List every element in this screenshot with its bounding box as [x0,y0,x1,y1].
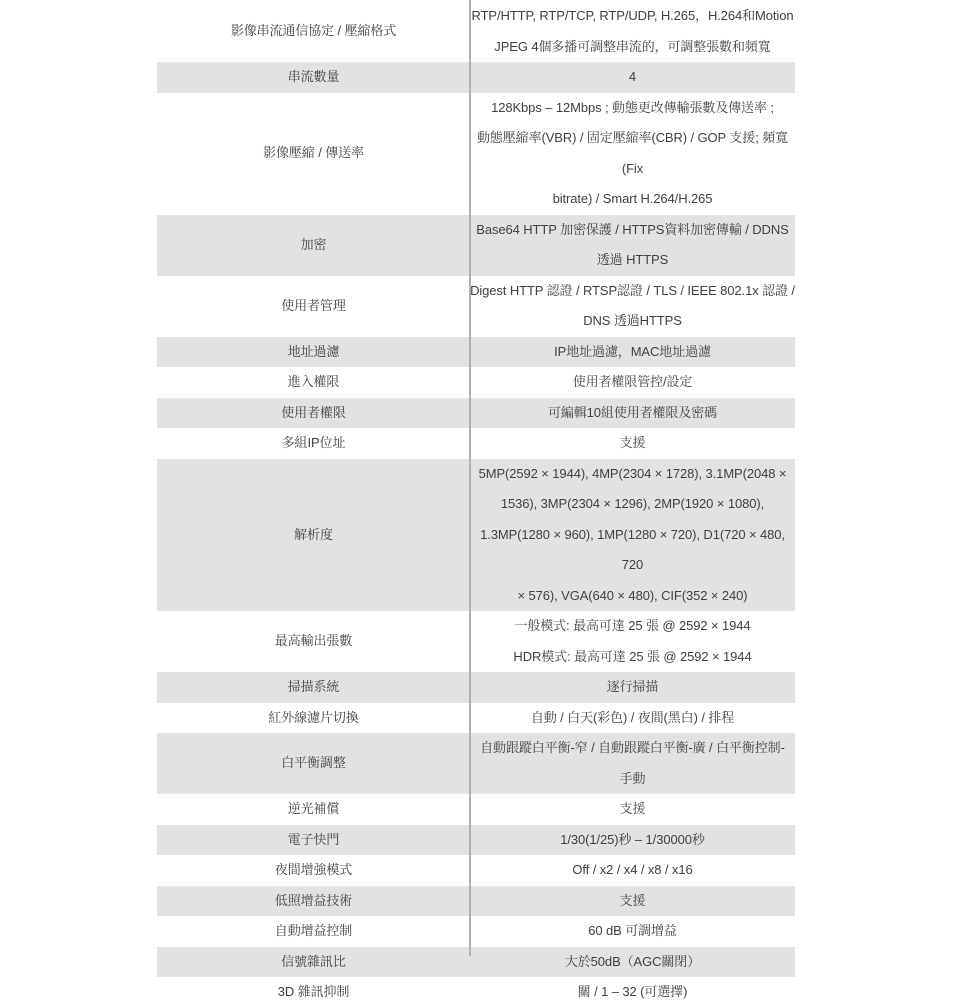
spec-label: 電子快門 [157,825,470,856]
spec-label: 進入權限 [157,367,470,398]
spec-value: 128Kbps – 12Mbps ; 動態更改傳輸張數及傳送率 ; 動態壓縮率(… [470,93,795,215]
spec-value: 支援 [470,428,795,459]
table-row: 解析度 5MP(2592 × 1944), 4MP(2304 × 1728), … [157,459,795,612]
spec-value: 60 dB 可調增益 [470,916,795,947]
table-row: 白平衡調整 自動跟蹤白平衡-窄 / 自動跟蹤白平衡-廣 / 白平衡控制- 手動 [157,733,795,794]
table-row: 電子快門 1/30(1/25)秒 – 1/30000秒 [157,825,795,856]
spec-label: 使用者權限 [157,398,470,429]
spec-value: Base64 HTTP 加密保護 / HTTPS資料加密傳輸 / DDNS 透過… [470,215,795,276]
table-row: 自動增益控制 60 dB 可調增益 [157,916,795,947]
table-row: 串流數量 4 [157,62,795,93]
table-row: 地址過濾 IP地址過濾，MAC地址過濾 [157,337,795,368]
table-row: 影像壓縮 / 傳送率 128Kbps – 12Mbps ; 動態更改傳輸張數及傳… [157,93,795,215]
spec-label: 串流數量 [157,62,470,93]
spec-value: Off / x2 / x4 / x8 / x16 [470,855,795,886]
spec-label: 逆光補償 [157,794,470,825]
table-row: 影像串流通信協定 / 壓縮格式 RTP/HTTP, RTP/TCP, RTP/U… [157,1,795,62]
table-row: 最高輸出張數 一般模式: 最高可達 25 張 @ 2592 × 1944 HDR… [157,611,795,672]
spec-value: IP地址過濾，MAC地址過濾 [470,337,795,368]
spec-value: 支援 [470,886,795,917]
spec-value: 可編輯10組使用者權限及密碼 [470,398,795,429]
table-row: 使用者權限 可編輯10組使用者權限及密碼 [157,398,795,429]
spec-label: 多組IP位址 [157,428,470,459]
table-row: 夜間增強模式 Off / x2 / x4 / x8 / x16 [157,855,795,886]
table-row: 使用者管理 Digest HTTP 認證 / RTSP認證 / TLS / IE… [157,276,795,337]
column-divider [469,0,471,956]
spec-value: 自動跟蹤白平衡-窄 / 自動跟蹤白平衡-廣 / 白平衡控制- 手動 [470,733,795,794]
spec-value: 逐行掃描 [470,672,795,703]
spec-value: 自動 / 白天(彩色) / 夜間(黑白) / 排程 [470,703,795,734]
spec-table: 影像串流通信協定 / 壓縮格式 RTP/HTTP, RTP/TCP, RTP/U… [157,1,795,956]
spec-label: 夜間增強模式 [157,855,470,886]
table-row: 掃描系統 逐行掃描 [157,672,795,703]
spec-value: RTP/HTTP, RTP/TCP, RTP/UDP, H.265，H.264和… [470,1,795,62]
table-row: 信號雜訊比 大於50dB（AGC關閉） [157,947,795,957]
table-row: 逆光補償 支援 [157,794,795,825]
spec-value: 使用者權限管控/設定 [470,367,795,398]
spec-label: 掃描系統 [157,672,470,703]
spec-value: 支援 [470,794,795,825]
spec-label: 影像壓縮 / 傳送率 [157,93,470,215]
spec-label: 信號雜訊比 [157,947,470,957]
spec-value: 5MP(2592 × 1944), 4MP(2304 × 1728), 3.1M… [470,459,795,612]
spec-value: 一般模式: 最高可達 25 張 @ 2592 × 1944 HDR模式: 最高可… [470,611,795,672]
spec-label: 白平衡調整 [157,733,470,794]
spec-label: 紅外線濾片切換 [157,703,470,734]
spec-value: 大於50dB（AGC關閉） [470,947,795,957]
spec-label: 影像串流通信協定 / 壓縮格式 [157,1,470,62]
spec-label: 使用者管理 [157,276,470,337]
table-row: 低照增益技術 支援 [157,886,795,917]
table-row: 加密 Base64 HTTP 加密保護 / HTTPS資料加密傳輸 / DDNS… [157,215,795,276]
spec-label: 地址過濾 [157,337,470,368]
spec-label: 最高輸出張數 [157,611,470,672]
spec-label: 低照增益技術 [157,886,470,917]
spec-label: 加密 [157,215,470,276]
spec-label: 解析度 [157,459,470,612]
spec-label: 自動增益控制 [157,916,470,947]
spec-value: Digest HTTP 認證 / RTSP認證 / TLS / IEEE 802… [470,276,795,337]
table-row: 紅外線濾片切換 自動 / 白天(彩色) / 夜間(黑白) / 排程 [157,703,795,734]
spec-value: 4 [470,62,795,93]
table-row: 多組IP位址 支援 [157,428,795,459]
spec-value: 1/30(1/25)秒 – 1/30000秒 [470,825,795,856]
table-row: 進入權限 使用者權限管控/設定 [157,367,795,398]
